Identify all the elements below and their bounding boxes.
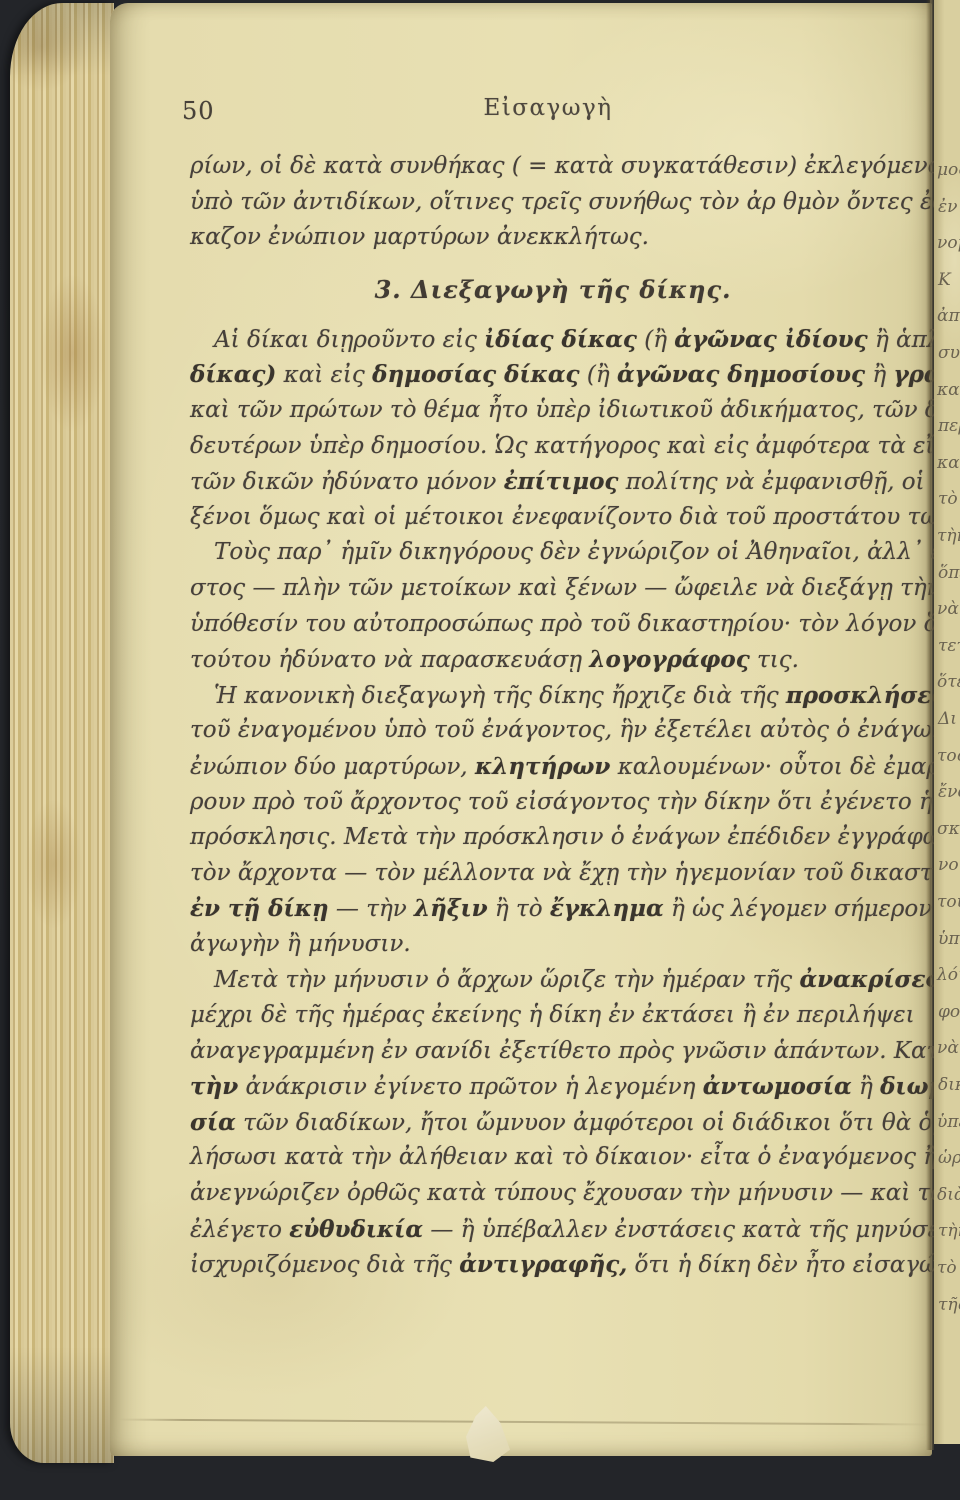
paragraph: ρίων, οἱ δὲ κατὰ συνθήκας ( = κατὰ συγκα…: [190, 149, 916, 256]
book-page: 50 Εἰσαγωγὴ ρίων, οἱ δὲ κατὰ συνθήκας ( …: [110, 3, 932, 1456]
next-page-text-fragment: νου δ: [938, 855, 960, 875]
next-page-text-fragment: μος: [937, 160, 960, 180]
text-line: καὶ τῶν πρώτων τὸ θέμα ἦτο ὑπὲρ ἰδιωτικο…: [190, 393, 916, 429]
next-page-text-fragment: νομέ: [937, 233, 960, 253]
paragraph: Μετὰ τὴν μήνυσιν ὁ ἄρχων ὥριζε τὴν ἡμέρα…: [190, 962, 916, 1282]
next-page-text-fragment: ὡρισ: [938, 1148, 960, 1168]
next-page-text-fragment: ἀποδ: [937, 306, 960, 326]
text-line: Τοὺς παρ᾽ ἡμῖν δικηγόρους δὲν ἐγνώριζον …: [190, 535, 916, 571]
next-page-text-fragment: τὴν: [937, 526, 960, 546]
next-page-text-fragment: σκοντ: [937, 819, 960, 839]
page-crease: [926, 0, 934, 1450]
next-page-text-fragment: περι: [938, 416, 960, 436]
text-line: στος — πλὴν τῶν μετοίκων καὶ ξένων — ὤφε…: [190, 571, 916, 607]
text-line: Αἱ δίκαι διῃροῦντο εἰς ἰδίας δίκας (ἢ ἀγ…: [190, 322, 916, 358]
text-line: πρόσκλησις. Μετὰ τὴν πρόσκλησιν ὁ ἐνάγων…: [190, 820, 916, 856]
next-page-text-fragment: νὰ π: [937, 1038, 960, 1058]
text-line: ὑπὸ τῶν ἀντιδίκων, οἵτινες τρεῖς συνήθως…: [190, 185, 916, 221]
book-photo: 50 Εἰσαγωγὴ ρίων, οἱ δὲ κατὰ συνθήκας ( …: [0, 0, 960, 1500]
next-page-text-fragment: Δι: [938, 709, 957, 729]
next-page-edge: μοςἐν τῇνομέΚἀποδσυνθκαὶπερικατατὸ πτὴνὅ…: [934, 0, 960, 1444]
next-page-text-fragment: νὰ ἔ: [937, 599, 960, 619]
next-page-text-fragment: ὅπερ: [938, 563, 960, 583]
next-page-text-fragment: ὅτε ἡ: [937, 672, 960, 692]
next-page-text-fragment: συνθ: [938, 343, 960, 363]
section-heading: 3. Διεξαγωγὴ τῆς δίκης.: [190, 272, 916, 308]
next-page-text-fragment: καὶ: [937, 380, 960, 400]
next-page-text-fragment: δικηγ: [938, 1075, 960, 1095]
next-page-text-fragment: ἐν τῇ: [938, 197, 960, 217]
page-header: 50 Εἰσαγωγὴ: [182, 95, 914, 129]
text-column: ρίων, οἱ δὲ κατὰ συνθήκας ( = κατὰ συγκα…: [190, 149, 916, 1283]
paragraph: Αἱ δίκαι διῃροῦντο εἰς ἰδίας δίκας (ἢ ἀγ…: [190, 322, 916, 536]
text-line: ἐλέγετο εὐθυδικία — ἢ ὑπέβαλλεν ἐνστάσει…: [190, 1212, 916, 1248]
next-page-text-fragment: τούτ: [937, 892, 960, 912]
next-page-text-fragment: τῆς: [938, 1295, 960, 1315]
book-page-edges: [10, 3, 114, 1463]
next-page-text-fragment: κατα: [937, 453, 960, 473]
next-page-text-fragment: τὸ π: [938, 489, 960, 509]
text-line: Μετὰ τὴν μήνυσιν ὁ ἄρχων ὥριζε τὴν ἡμέρα…: [190, 962, 916, 998]
text-line: δευτέρων ὑπὲρ δημοσίου. Ὡς κατήγορος καὶ…: [190, 429, 916, 465]
text-line: ὑπόθεσίν του αὐτοπροσώπως πρὸ τοῦ δικαστ…: [190, 607, 916, 643]
text-line: μέχρι δὲ τῆς ἡμέρας ἐκείνης ἡ δίκη ἐν ἐκ…: [190, 998, 916, 1034]
next-page-text-fragment: ὑπερ: [937, 1112, 960, 1132]
next-page-text-fragment: τος α: [937, 746, 960, 766]
text-line: τὴν ἀνάκρισιν ἐγίνετο πρῶτον ἡ λεγομένη …: [190, 1069, 916, 1105]
next-page-text-fragment: φου.: [938, 1002, 960, 1022]
text-line: ξένοι ὅμως καὶ οἱ μέτοικοι ἐνεφανίζοντο …: [190, 500, 916, 536]
text-line: ἀγωγὴν ἢ μήνυσιν.: [190, 927, 916, 963]
text-line: τὸν ἄρχοντα — τὸν μέλλοντα νὰ ἔχῃ τὴν ἡγ…: [190, 856, 916, 892]
text-line: τούτου ἠδύνατο νὰ παρασκευάσῃ λογογράφος…: [190, 642, 916, 678]
running-header: Εἰσαγωγὴ: [182, 95, 914, 121]
text-line: ρουν πρὸ τοῦ ἄρχοντος τοῦ εἰσάγοντος τὴν…: [190, 785, 916, 821]
text-line: ἀνεγνώριζεν ὀρθῶς κατὰ τύπους ἔχουσαν τὴ…: [190, 1176, 916, 1212]
text-line: ἐνώπιον δύο μαρτύρων, κλητήρων καλουμένω…: [190, 749, 916, 785]
text-line: δίκας) καὶ εἰς δημοσίας δίκας (ἢ ἀγῶνας …: [190, 357, 916, 393]
next-page-text-fragment: διὰ τ: [937, 1185, 960, 1205]
text-line: λήσωσι κατὰ τὴν ἀλήθειαν καὶ τὸ δίκαιον·…: [190, 1140, 916, 1176]
text-line: ἐν τῇ δίκῃ — τὴν λῆξιν ἢ τὸ ἔγκλημα ἢ ὡς…: [190, 891, 916, 927]
next-page-text-fragment: ὑπόθ: [938, 929, 960, 949]
text-line: καζον ἐνώπιον μαρτύρων ἀνεκκλήτως.: [190, 220, 916, 256]
paragraph: Ἡ κανονικὴ διεξαγωγὴ τῆς δίκης ἤρχιζε δι…: [190, 678, 916, 963]
text-line: ἰσχυριζόμενος διὰ τῆς ἀντιγραφῆς, ὅτι ἡ …: [190, 1247, 916, 1283]
next-page-text-fragment: τὴν: [938, 1221, 960, 1241]
text-line: τοῦ ἐναγομένου ὑπὸ τοῦ ἐνάγοντος, ἣν ἐξε…: [190, 713, 916, 749]
text-line: ρίων, οἱ δὲ κατὰ συνθήκας ( = κατὰ συγκα…: [190, 149, 916, 185]
next-page-text-fragment: λόγο: [937, 965, 960, 985]
next-page-text-fragment: ἔναρξ: [938, 782, 960, 802]
next-page-text-fragment: τετο: [938, 636, 960, 656]
text-line: Ἡ κανονικὴ διεξαγωγὴ τῆς δίκης ἤρχιζε δι…: [190, 678, 916, 714]
paragraph: Τοὺς παρ᾽ ἡμῖν δικηγόρους δὲν ἐγνώριζον …: [190, 535, 916, 677]
next-page-text-fragment: Κ: [938, 270, 951, 290]
next-page-text-fragment: τὸ ἔδ: [937, 1258, 960, 1278]
text-line: σία τῶν διαδίκων, ἤτοι ὤμνυον ἀμφότεροι …: [190, 1105, 916, 1141]
text-line: τῶν δικῶν ἠδύνατο μόνον ἐπίτιμος πολίτης…: [190, 464, 916, 500]
text-line: ἀναγεγραμμένη ἐν σανίδι ἐξετίθετο πρὸς γ…: [190, 1034, 916, 1070]
